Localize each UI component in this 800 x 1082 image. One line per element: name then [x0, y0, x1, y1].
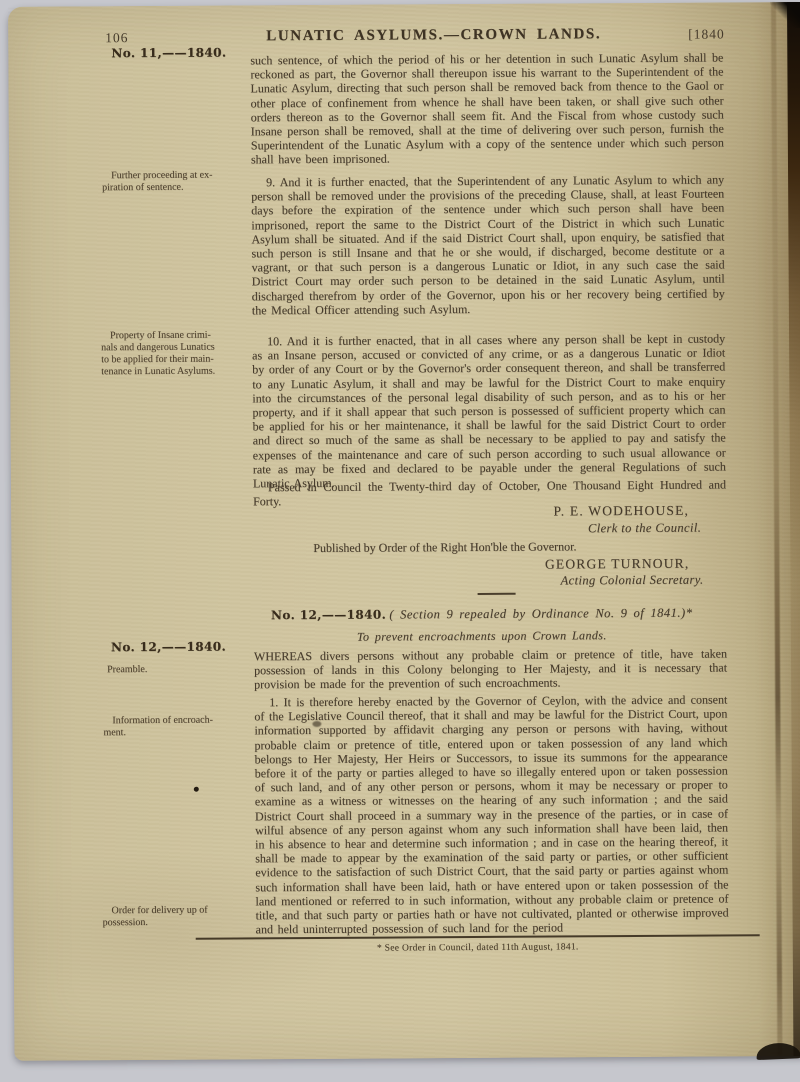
- body-paragraph-preamble: WHEREAS divers persons without any proba…: [254, 646, 727, 691]
- page-crease: [771, 2, 782, 1056]
- margin-dot: [194, 787, 199, 792]
- margin-note-preamble: Preamble.: [107, 663, 237, 676]
- body-paragraph-9: 9. And it is further enacted, that the S…: [251, 172, 725, 317]
- document-page: 106 LUNATIC ASYLUMS.—CROWN LANDS. [1840 …: [8, 2, 800, 1061]
- signature-name: P. E. WODEHOUSE,: [253, 503, 689, 522]
- margin-note-property: Property of Insane crimi- nals and dange…: [101, 329, 233, 378]
- ordinance-12-heading: No. 12,——1840. ( Section 9 repealed by O…: [237, 605, 727, 623]
- binding-edge-shadow: [787, 2, 800, 1056]
- secretary-name: GEORGE TURNOUR,: [253, 556, 689, 575]
- margin-note-expiration: Further proceeding at ex- piration of se…: [102, 169, 230, 194]
- margin-note-information: Information of encroach- ment.: [103, 714, 238, 739]
- margin-heading-no12: No. 12,——1840.: [111, 640, 226, 655]
- margin-note-order: Order for delivery up of possession.: [103, 904, 238, 929]
- signature-role: Clerk to the Council.: [253, 521, 701, 539]
- corner-shadow-bottom-right: [756, 1042, 800, 1060]
- ordinance-12-subtitle: To prevent encroachments upon Crown Land…: [237, 627, 727, 645]
- secretary-role: Acting Colonial Secretary.: [253, 573, 703, 591]
- footnote: * See Order in Council, dated 11th Augus…: [196, 941, 760, 954]
- published-line: Published by Order of the Right Hon'ble …: [313, 539, 576, 556]
- body-paragraph-8-continuation: such sentence, of which the period of hi…: [250, 50, 724, 167]
- ordinance-12-number: No. 12,——1840.: [271, 608, 386, 623]
- scanned-document: { "scan": { "paper_color": "#cfc49e", "i…: [0, 0, 800, 1082]
- section-divider: [478, 593, 516, 595]
- corner-shadow-top-right: [770, 2, 800, 28]
- body-paragraph-1: 1. It is therefore hereby enacted by the…: [254, 692, 728, 936]
- page-number: 106: [105, 30, 128, 46]
- running-year: [1840: [688, 26, 725, 42]
- ordinance-12-repeal-note: ( Section 9 repealed by Ordinance No. 9 …: [389, 606, 692, 622]
- running-title: LUNATIC ASYLUMS.—CROWN LANDS.: [266, 26, 601, 45]
- margin-heading-no11: No. 11,——1840.: [111, 46, 226, 61]
- body-paragraph-10: 10. And it is further enacted, that in a…: [252, 331, 726, 490]
